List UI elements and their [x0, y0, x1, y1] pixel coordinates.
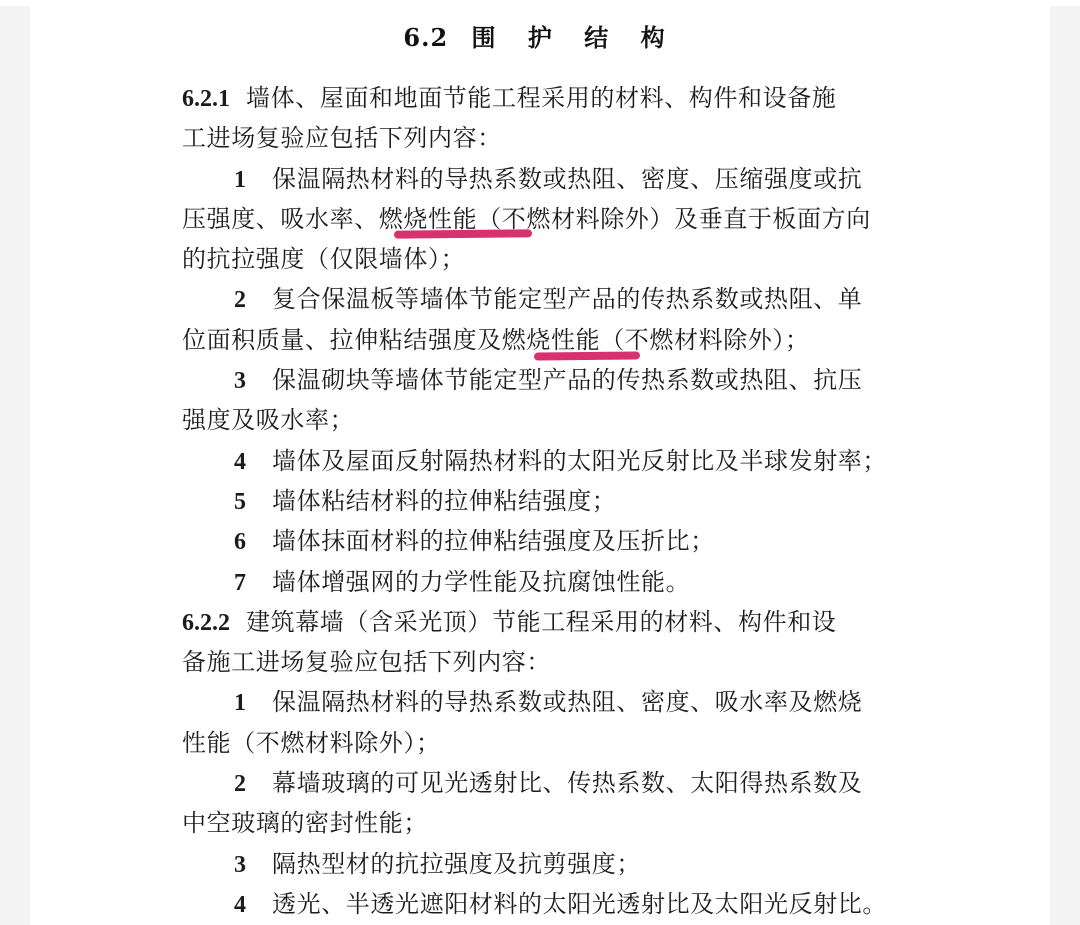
- item-number: 3: [234, 361, 272, 401]
- item-text: 墙体增强网的力学性能及抗腐蚀性能。: [272, 568, 690, 596]
- clause-6-2-1-line-2: 工进场复验应包括下列内容：: [182, 118, 942, 158]
- item-number: 7: [234, 563, 272, 603]
- item-text: 保温隔热材料的导热系数或热阻、密度、压缩强度或抗: [272, 165, 862, 193]
- clause-text: 墙体、屋面和地面节能工程采用的材料、构件和设备施: [246, 84, 836, 112]
- item-text: 墙体及屋面反射隔热材料的太阳光反射比及半球发射率；: [272, 447, 887, 475]
- item-text: 强度及吸水率；: [182, 406, 354, 434]
- list-item-1-line-3: 的抗拉强度（仅限墙体）；: [182, 239, 942, 279]
- right-page-gutter: [1050, 6, 1080, 925]
- item-number: 1: [234, 683, 272, 723]
- clause-6-2-2-line-2: 备施工进场复验应包括下列内容：: [182, 642, 942, 682]
- list-item-6: 6墙体抹面材料的拉伸粘结强度及压折比；: [182, 521, 942, 561]
- list-item-3-line-1: 3保温砌块等墙体节能定型产品的传热系数或热阻、抗压: [182, 360, 942, 400]
- item-number: 2: [234, 280, 272, 320]
- document-body: 6.2.1墙体、屋面和地面节能工程采用的材料、构件和设备施 工进场复验应包括下列…: [182, 78, 942, 924]
- clause-text: 建筑幕墙（含采光顶）节能工程采用的材料、构件和设: [246, 608, 836, 636]
- clause-number: 6.2.2: [182, 610, 230, 636]
- item-text: 隔热型材的抗拉强度及抗剪强度；: [272, 850, 641, 878]
- left-page-gutter: [0, 6, 30, 925]
- list-item-1-line-1: 1保温隔热材料的导热系数或热阻、密度、压缩强度或抗: [182, 159, 942, 199]
- item-text: 中空玻璃的密封性能；: [182, 809, 428, 837]
- item-number: 1: [234, 160, 272, 200]
- list-item-4: 4透光、半透光遮阳材料的太阳光透射比及太阳光反射比。: [182, 884, 942, 924]
- item-number: 5: [234, 482, 272, 522]
- list-item-2-line-2: 位面积质量、拉伸粘结强度及燃烧性能（不燃材料除外）；: [182, 320, 942, 360]
- section-title: 围 护 结 构: [472, 23, 677, 52]
- list-item-3-line-2: 强度及吸水率；: [182, 400, 942, 440]
- item-text: 保温隔热材料的导热系数或热阻、密度、吸水率及燃烧: [272, 688, 862, 716]
- item-text: 墙体抹面材料的拉伸粘结强度及压折比；: [272, 527, 715, 555]
- list-item-2-line-2: 中空玻璃的密封性能；: [182, 803, 942, 843]
- item-text: 复合保温板等墙体节能定型产品的传热系数或热阻、单: [272, 285, 862, 313]
- clause-6-2-2-line-1: 6.2.2建筑幕墙（含采光顶）节能工程采用的材料、构件和设: [182, 602, 942, 642]
- item-text: 幕墙玻璃的可见光透射比、传热系数、太阳得热系数及: [272, 769, 862, 797]
- item-number: 6: [234, 522, 272, 562]
- item-text: 保温砌块等墙体节能定型产品的传热系数或热阻、抗压: [272, 366, 862, 394]
- item-text: 墙体粘结材料的拉伸粘结强度；: [272, 487, 616, 515]
- highlight-underline: [534, 351, 640, 360]
- clause-text: 备施工进场复验应包括下列内容：: [182, 648, 551, 676]
- list-item-4: 4墙体及屋面反射隔热材料的太阳光反射比及半球发射率；: [182, 441, 942, 481]
- item-text: 的抗拉强度（仅限墙体）；: [182, 245, 465, 273]
- item-text: 位面积质量、拉伸粘结强度及燃烧性能（不燃材料除外）；: [182, 326, 810, 354]
- section-heading: 6.2 围 护 结 构: [30, 18, 1050, 53]
- clause-number: 6.2.1: [182, 86, 230, 112]
- list-item-1-line-2: 压强度、吸水率、燃烧性能（不燃材料除外）及垂直于板面方向: [182, 199, 942, 239]
- clause-6-2-1-line-1: 6.2.1墙体、屋面和地面节能工程采用的材料、构件和设备施: [182, 78, 942, 118]
- list-item-5: 5墙体粘结材料的拉伸粘结强度；: [182, 481, 942, 521]
- highlight-underline: [394, 229, 532, 238]
- list-item-2-line-1: 2幕墙玻璃的可见光透射比、传热系数、太阳得热系数及: [182, 763, 942, 803]
- item-number: 3: [234, 845, 272, 885]
- item-number: 4: [234, 442, 272, 482]
- section-number: 6.2: [403, 23, 448, 52]
- item-number: 2: [234, 764, 272, 804]
- item-text: 性能（不燃材料除外）；: [182, 729, 441, 757]
- list-item-2-line-1: 2复合保温板等墙体节能定型产品的传热系数或热阻、单: [182, 279, 942, 319]
- clause-text: 工进场复验应包括下列内容：: [182, 124, 502, 152]
- list-item-1-line-2: 性能（不燃材料除外）；: [182, 723, 942, 763]
- document-page: 6.2 围 护 结 构 6.2.1墙体、屋面和地面节能工程采用的材料、构件和设备…: [30, 0, 1050, 925]
- list-item-7: 7墙体增强网的力学性能及抗腐蚀性能。: [182, 562, 942, 602]
- list-item-3: 3隔热型材的抗拉强度及抗剪强度；: [182, 844, 942, 884]
- item-text: 透光、半透光遮阳材料的太阳光透射比及太阳光反射比。: [272, 890, 887, 918]
- item-number: 4: [234, 885, 272, 925]
- list-item-1-line-1: 1保温隔热材料的导热系数或热阻、密度、吸水率及燃烧: [182, 682, 942, 722]
